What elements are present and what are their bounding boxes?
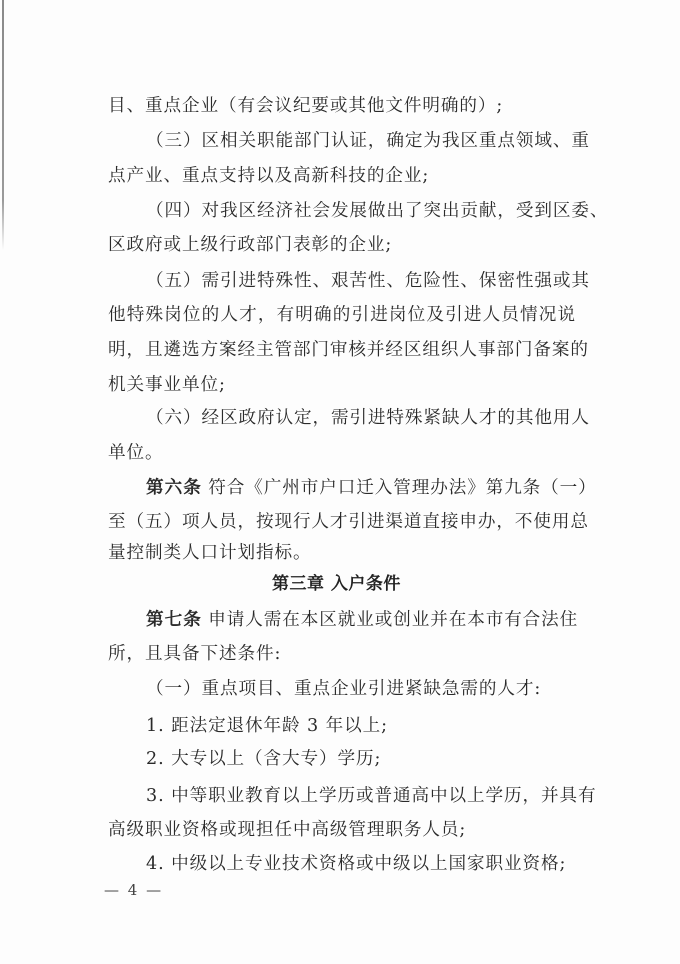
text-line: （四）对我区经济社会发展做出了突出贡献，受到区委、 <box>146 200 576 222</box>
page-number: — 4 — <box>104 880 163 900</box>
list-item: 3. 中等职业教育以上学历或普通高中以上学历，并具有 <box>146 785 576 807</box>
document-page: 目、重点企业（有会议纪要或其他文件明确的）; （三）区相关职能部门认证，确定为我… <box>0 0 680 964</box>
text-line: 点产业、重点支持以及高新科技的企业; <box>108 165 576 187</box>
text-line: 所，且具备下述条件: <box>108 643 576 665</box>
text-line: 明，且遴选方案经主管部门审核并经区组织人事部门备案的 <box>108 339 576 361</box>
article-6-label: 第六条 <box>146 478 202 498</box>
text-line: 他特殊岗位的人才，有明确的引进岗位及引进人员情况说 <box>108 304 576 326</box>
article-7-text: 申请人需在本区就业或创业并在本市有合法住 <box>202 610 578 630</box>
text-line: （一）重点项目、重点企业引进紧缺急需的人才: <box>146 678 576 700</box>
text-line: 机关事业单位; <box>108 374 576 396</box>
article-7-label: 第七条 <box>146 610 202 630</box>
list-item: 1. 距法定退休年龄 3 年以上; <box>146 715 576 737</box>
text-line: 至（五）项人员，按现行人才引进渠道直接申办，不使用总 <box>108 511 576 533</box>
list-item: 4. 中级以上专业技术资格或中级以上国家职业资格; <box>146 853 576 875</box>
text-line: （六）经区政府认定，需引进特殊紧缺人才的其他用人 <box>146 407 576 429</box>
text-line: （三）区相关职能部门认证，确定为我区重点领域、重 <box>146 130 576 152</box>
chapter-heading: 第三章 入户条件 <box>272 573 412 595</box>
text-line: 量控制类人口计划指标。 <box>108 542 576 564</box>
list-item: 2. 大专以上（含大专）学历; <box>146 748 576 770</box>
text-line: （五）需引进特殊性、艰苦性、危险性、保密性强或其 <box>146 270 576 292</box>
article-7-line: 第七条 申请人需在本区就业或创业并在本市有合法住 <box>146 609 576 631</box>
text-line: 高级职业资格或现担任中高级管理职务人员; <box>108 819 576 841</box>
article-6-line: 第六条 符合《广州市户口迁入管理办法》第九条（一） <box>146 477 576 499</box>
text-line: 区政府或上级行政部门表彰的企业; <box>108 234 576 256</box>
article-6-text: 符合《广州市户口迁入管理办法》第九条（一） <box>202 478 597 498</box>
text-line: 目、重点企业（有会议纪要或其他文件明确的）; <box>108 95 576 117</box>
text-line: 单位。 <box>108 442 576 464</box>
